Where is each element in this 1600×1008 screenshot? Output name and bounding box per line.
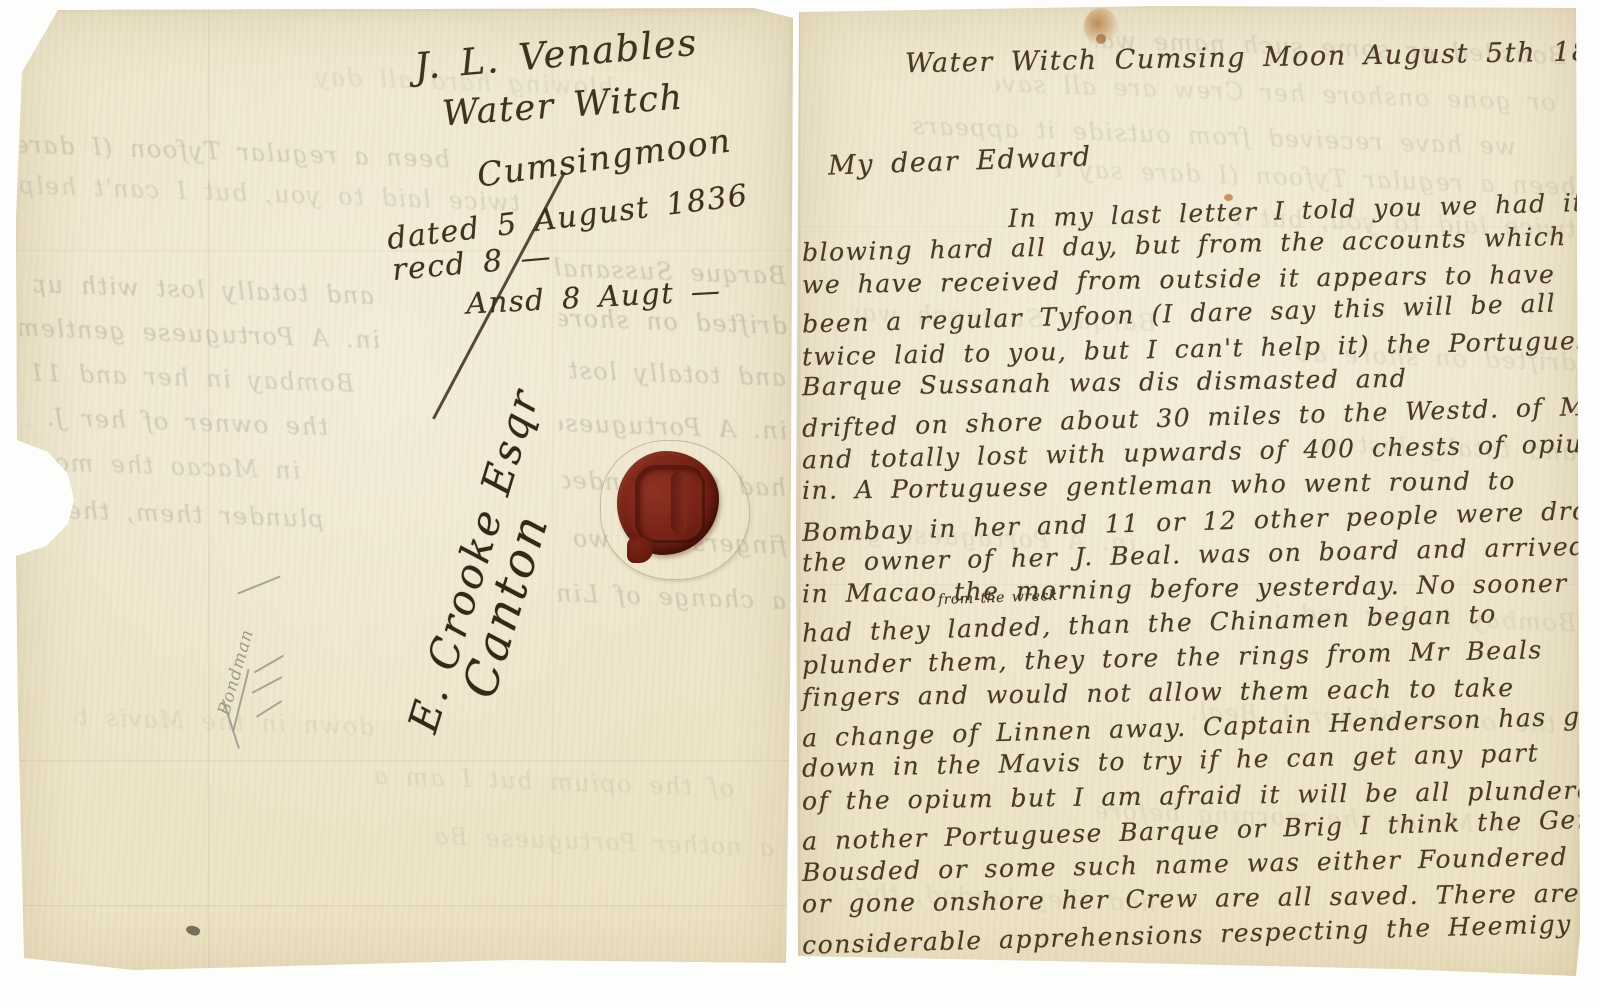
show-through-line: in Macao the morning before yesterday. N… bbox=[19, 447, 300, 491]
show-through-line: and totally lost with upwards of 400 che… bbox=[561, 356, 786, 398]
fold-crease-vertical bbox=[208, 8, 211, 977]
letter-dateline: Water Witch Cumsing Moon August 5th 1836 bbox=[905, 36, 1580, 80]
docket-line: J. L. Venables bbox=[413, 21, 700, 89]
pencil-scribble bbox=[254, 655, 284, 674]
show-through-line: Bombay in her and 11 or 12 other people … bbox=[24, 358, 355, 403]
show-through-line: or gone onshore her Crew are all saved. … bbox=[996, 69, 1557, 123]
ink-blot bbox=[185, 924, 201, 937]
letter-scan: been a regular Tyfoon (I dare say this w… bbox=[0, 0, 1600, 1008]
show-through-line: been a regular Tyfoon (I dare say this w… bbox=[20, 131, 451, 180]
show-through-line: and totally lost with upwards of 400 che… bbox=[34, 270, 375, 316]
fold-crease-horizontal bbox=[14, 760, 793, 763]
docket-line: dated 5 August 1836 bbox=[385, 178, 750, 257]
left-page: been a regular Tyfoon (I dare say this w… bbox=[14, 8, 793, 977]
show-through-line: the owner of her J. Beal. was on board a… bbox=[27, 403, 328, 447]
foxing-stain bbox=[1096, 34, 1106, 44]
fold-crease-horizontal bbox=[14, 905, 793, 908]
pencil-scribble bbox=[252, 676, 283, 694]
show-through-line: plunder them, they tore the rings from M… bbox=[23, 495, 324, 539]
show-through-line: a change of Linnen away. Captain Henders… bbox=[553, 579, 786, 621]
seal-impression-bar bbox=[671, 471, 687, 533]
right-page: Bousded or some such name was either Fou… bbox=[796, 4, 1580, 982]
show-through-line: a nother Portuguese Barque or Brig I thi… bbox=[434, 822, 775, 868]
docket-line: Water Witch bbox=[441, 78, 685, 135]
letter-salutation: My dear Edward bbox=[828, 141, 1093, 181]
pencil-scribble bbox=[256, 700, 283, 718]
show-through-line: in. A Portuguese gentleman who went roun… bbox=[20, 314, 381, 361]
seal-impression bbox=[635, 465, 705, 543]
